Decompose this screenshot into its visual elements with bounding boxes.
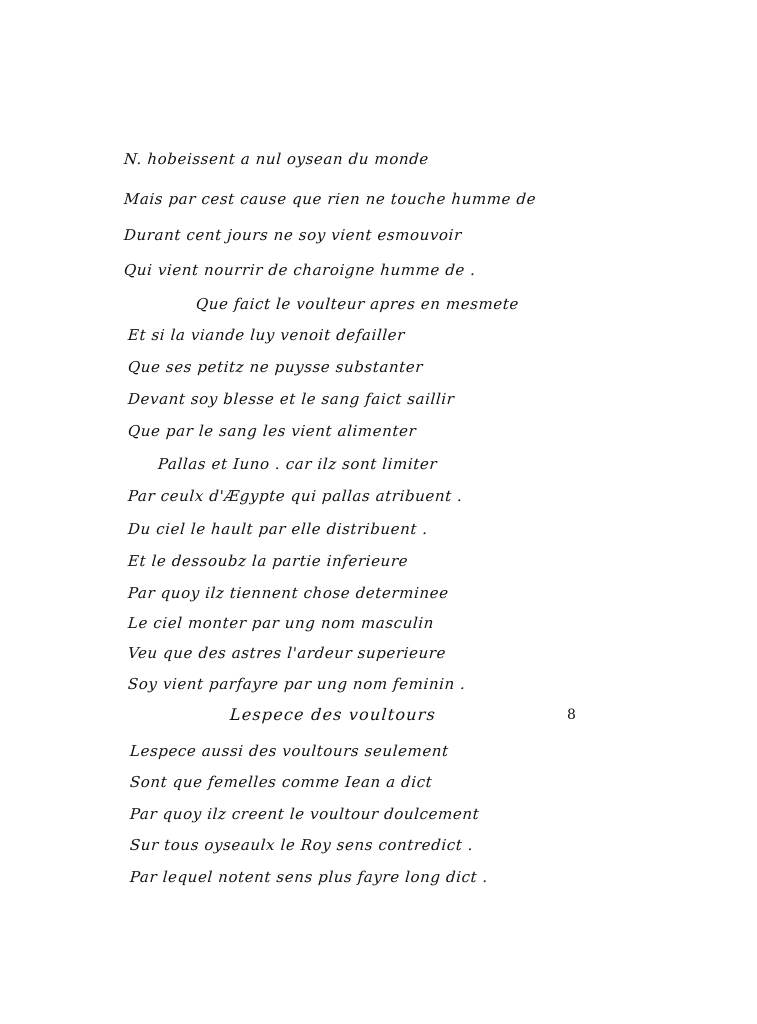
manuscript-line-18: Lespece aussi des voultours seulement (129, 742, 449, 760)
manuscript-line-1: N. hobeissent a nul oysean du monde (123, 150, 429, 168)
section-heading: Lespece des voultours (229, 705, 436, 724)
manuscript-line-3: Durant cent jours ne soy vient esmouvoir (123, 226, 462, 244)
manuscript-line-9: Que par le sang les vient alimenter (127, 422, 417, 440)
manuscript-line-5: Que faict le voulteur apres en mesmete (195, 295, 519, 313)
manuscript-line-12: Du ciel le hault par elle distribuent . (127, 520, 428, 538)
manuscript-line-22: Par lequel notent sens plus fayre long d… (129, 868, 488, 886)
manuscript-line-15: Le ciel monter par ung nom masculin (127, 614, 434, 632)
manuscript-line-4: Qui vient nourrir de charoigne humme de … (123, 261, 476, 279)
manuscript-line-6: Et si la viande luy venoit defailler (127, 326, 405, 344)
manuscript-line-8: Devant soy blesse et le sang faict saill… (127, 390, 455, 408)
manuscript-line-2: Mais par cest cause que rien ne touche h… (123, 190, 536, 208)
manuscript-page: N. hobeissent a nul oysean du monde Mais… (0, 0, 757, 1024)
manuscript-line-19: Sont que femelles comme Iean a dict (129, 773, 433, 791)
manuscript-line-16: Veu que des astres l'ardeur superieure (127, 644, 446, 662)
manuscript-line-21: Sur tous oyseaulx le Roy sens contredict… (129, 836, 473, 854)
manuscript-line-10: Pallas et Iuno . car ilz sont limiter (157, 455, 438, 473)
manuscript-line-13: Et le dessoubz la partie inferieure (127, 552, 408, 570)
manuscript-line-7: Que ses petitz ne puysse substanter (127, 358, 423, 376)
manuscript-line-20: Par quoy ilz creent le voultour doulceme… (129, 805, 480, 823)
folio-mark: 8 (567, 707, 576, 723)
manuscript-line-11: Par ceulx d'Ægypte qui pallas atribuent … (127, 487, 463, 505)
manuscript-line-17: Soy vient parfayre par ung nom feminin . (127, 675, 466, 693)
manuscript-line-14: Par quoy ilz tiennent chose determinee (127, 584, 449, 602)
